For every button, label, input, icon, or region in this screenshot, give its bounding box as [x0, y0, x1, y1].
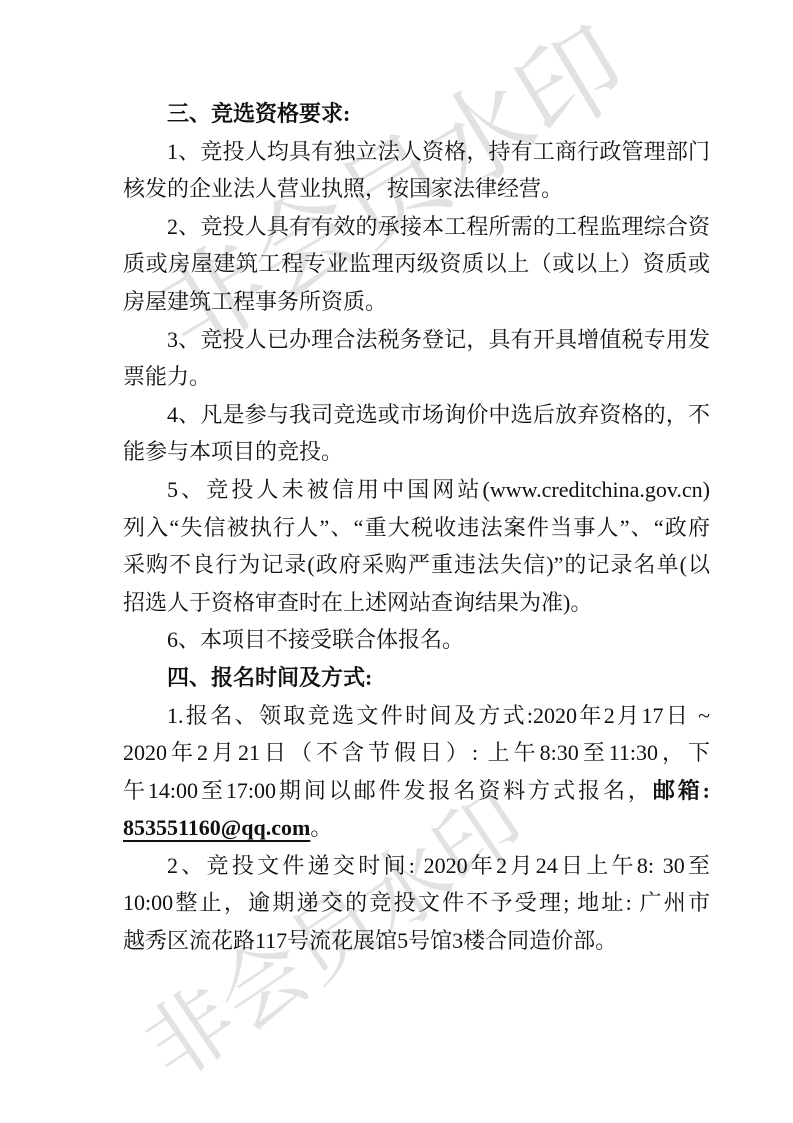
registration-item-2-line-3: 越秀区流花路117号流花展馆5号馆3楼合同造价部。: [123, 922, 710, 960]
registration-item-2-line-1: 2、竞投文件递交时间: 2020年2月24日上午8: 30至: [123, 847, 710, 885]
qualification-item-2-line-1: 2、竞投人具有有效的承接本工程所需的工程监理综合资: [123, 208, 710, 246]
qualification-item-5-line-1: 5、竞投人未被信用中国网站(www.creditchina.gov.cn): [123, 471, 710, 509]
qualification-item-2-line-3: 房屋建筑工程事务所资质。: [123, 283, 710, 321]
qualification-item-5-line-3: 采购不良行为记录(政府采购严重违法失信)”的记录名单(以: [123, 546, 710, 584]
qualification-item-5-line-2: 列入“失信被执行人”、“重大税收违法案件当事人”、“政府: [123, 509, 710, 547]
heading-qualification-requirements: 三、竞选资格要求:: [123, 95, 710, 133]
qualification-item-6: 6、本项目不接受联合体报名。: [123, 621, 710, 659]
qualification-item-1-line-1: 1、竞投人均具有独立法人资格，持有工商行政管理部门: [123, 133, 710, 171]
registration-item-1-line-2: 2020年2月21日（不含节假日）: 上午8:30至11:30，下: [123, 734, 710, 772]
qualification-item-3-line-1: 3、竞投人已办理合法税务登记，具有开具增值税专用发: [123, 321, 710, 359]
registration-item-1-line-1: 1.报名、领取竞选文件时间及方式:2020年2月17日 ~: [123, 697, 710, 735]
qualification-item-4-line-2: 能参与本项目的竞投。: [123, 433, 710, 471]
heading-registration-time-method: 四、报名时间及方式:: [123, 659, 710, 697]
registration-item-1-line-3-text: 午14:00至17:00期间以邮件发报名资料方式报名，: [123, 778, 653, 803]
document-page: 非会员水印 非会员水印 三、竞选资格要求: 1、竞投人均具有独立法人资格，持有工…: [0, 0, 793, 1123]
email-line-period: 。: [310, 815, 332, 840]
qualification-item-3-line-2: 票能力。: [123, 358, 710, 396]
email-label: 邮箱:: [653, 778, 710, 803]
email-address: 853551160@qq.com: [123, 815, 310, 840]
registration-item-2-line-2: 10:00整止，逾期递交的竞投文件不予受理; 地址: 广州市: [123, 884, 710, 922]
registration-item-1-line-3: 午14:00至17:00期间以邮件发报名资料方式报名，邮箱:: [123, 772, 710, 810]
registration-item-1-line-4: 853551160@qq.com。: [123, 809, 710, 847]
qualification-item-2-line-2: 质或房屋建筑工程专业监理丙级资质以上（或以上）资质或: [123, 245, 710, 283]
document-body: 三、竞选资格要求: 1、竞投人均具有独立法人资格，持有工商行政管理部门 核发的企…: [123, 95, 710, 960]
qualification-item-4-line-1: 4、凡是参与我司竞选或市场询价中选后放弃资格的，不: [123, 396, 710, 434]
qualification-item-1-line-2: 核发的企业法人营业执照，按国家法律经营。: [123, 170, 710, 208]
qualification-item-5-line-4: 招选人于资格审查时在上述网站查询结果为准)。: [123, 584, 710, 622]
